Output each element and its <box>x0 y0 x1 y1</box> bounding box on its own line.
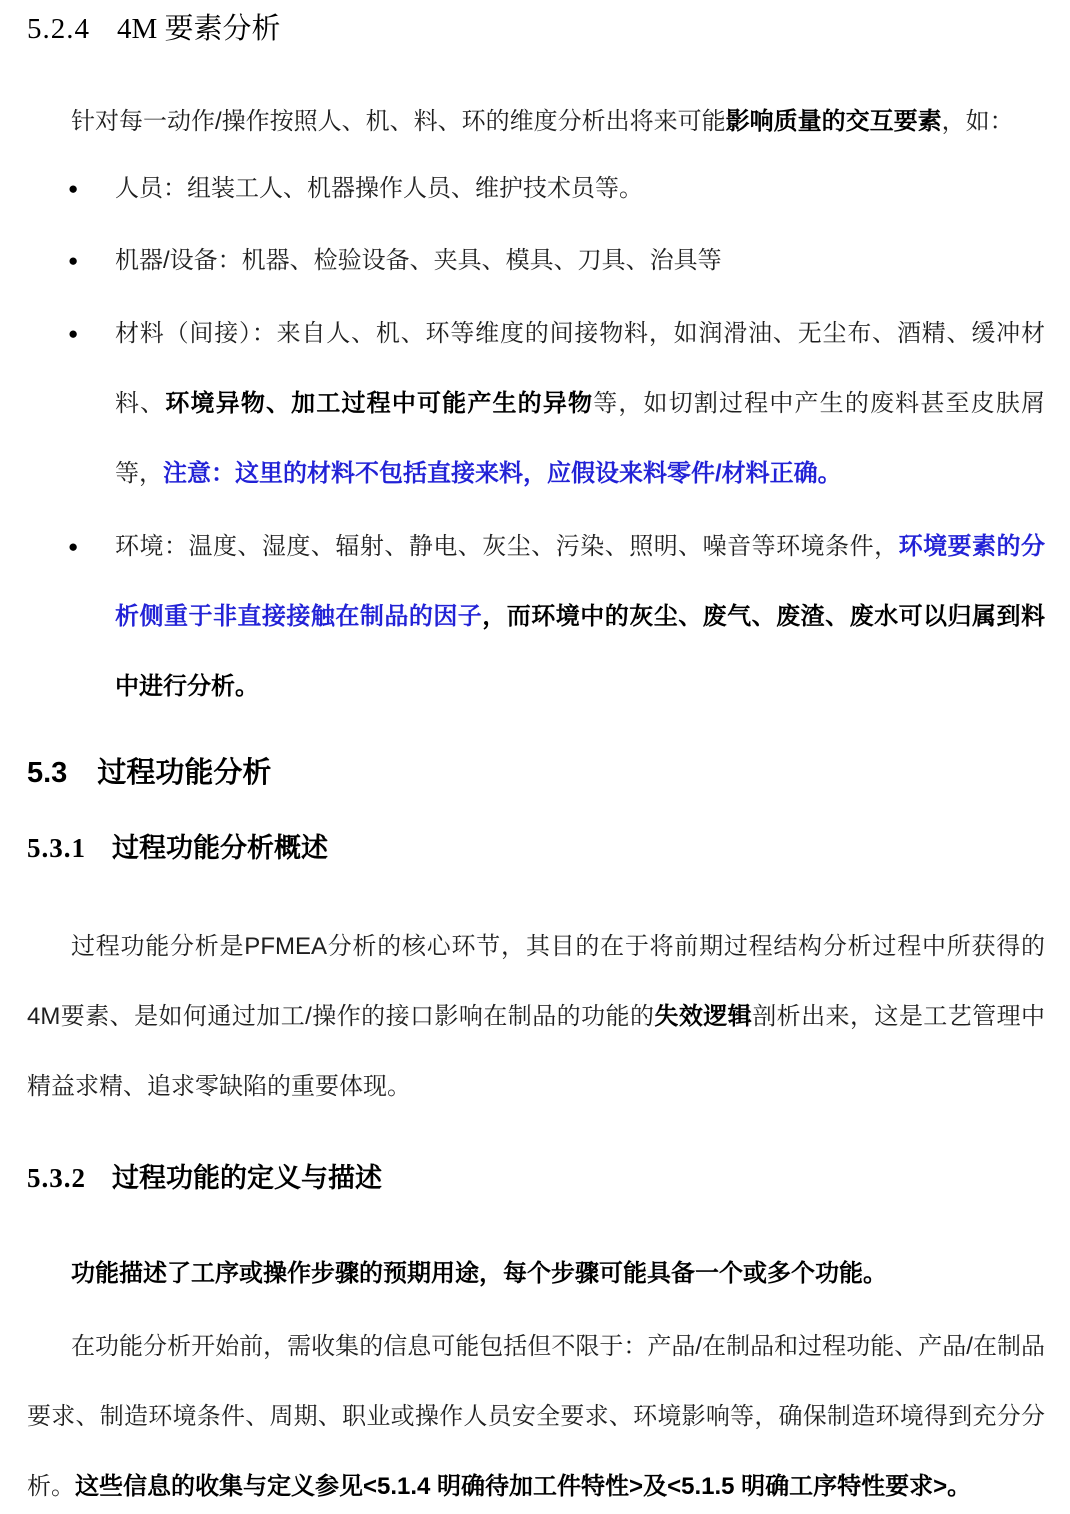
bullet-item-personnel-text: 人员：组装工人、机器操作人员、维护技术员等。 <box>115 175 643 202</box>
heading-5-3-1-title: 过程功能分析概述 <box>112 833 328 863</box>
heading-5-3-number: 5.3 <box>27 757 67 789</box>
bullet-item-material: ● 材料（间接）：来自人、机、环等维度的间接物料，如润滑油、无尘布、酒精、缓冲材… <box>27 299 1045 509</box>
bullet-marker-icon: ● <box>68 154 78 224</box>
document-page: 5.2.44M 要素分析 针对每一动作/操作按照人、机、料、环的维度分析出将来可… <box>0 0 1070 1514</box>
heading-5-2-4-number: 5.2.4 <box>27 13 90 45</box>
paragraph-5-3-2-lead-text: 功能描述了工序或操作步骤的预期用途，每个步骤可能具备一个或多个功能。 <box>71 1260 887 1287</box>
bullet-item-material-bold-text: 环境异物、加工过程中可能产生的异物 <box>165 390 593 417</box>
paragraph-5-3-2-lead: 功能描述了工序或操作步骤的预期用途，每个步骤可能具备一个或多个功能。 <box>27 1239 1045 1309</box>
bullet-marker-icon: ● <box>68 299 78 369</box>
bullet-marker-icon: ● <box>68 226 78 296</box>
intro-bold-text: 影响质量的交互要素 <box>726 108 942 135</box>
bullet-item-environment-text: 环境：温度、湿度、辐射、静电、灰尘、污染、照明、噪音等环境条件， <box>115 533 899 560</box>
paragraph-5-3-2-body: 在功能分析开始前，需收集的信息可能包括但不限于：产品/在制品和过程功能、产品/在… <box>27 1312 1045 1514</box>
heading-5-3-2-title: 过程功能的定义与描述 <box>112 1163 382 1193</box>
bullet-item-environment: ● 环境：温度、湿度、辐射、静电、灰尘、污染、照明、噪音等环境条件，环境要素的分… <box>27 512 1045 722</box>
paragraph-5-3-2-body-bold-text: 这些信息的收集与定义参见<5.1.4 明确待加工件特性>及<5.1.5 明确工序… <box>75 1473 971 1500</box>
heading-5-3: 5.3过程功能分析 <box>27 750 271 791</box>
intro-tail-text: ，如： <box>942 108 1014 135</box>
bullet-item-personnel: ● 人员：组装工人、机器操作人员、维护技术员等。 <box>27 154 1045 224</box>
heading-5-3-2-number: 5.3.2 <box>27 1163 86 1193</box>
intro-paragraph: 针对每一动作/操作按照人、机、料、环的维度分析出将来可能影响质量的交互要素，如： <box>27 87 1045 157</box>
heading-5-3-title: 过程功能分析 <box>97 757 271 789</box>
paragraph-5-3-1: 过程功能分析是PFMEA分析的核心环节，其目的在于将前期过程结构分析过程中所获得… <box>27 912 1045 1122</box>
heading-5-3-2: 5.3.2过程功能的定义与描述 <box>27 1156 382 1195</box>
paragraph-5-3-1-bold-text: 失效逻辑 <box>654 1003 752 1030</box>
bullet-marker-icon: ● <box>68 512 78 582</box>
heading-5-2-4-title: 4M 要素分析 <box>117 13 281 45</box>
bullet-item-machine-text: 机器/设备：机器、检验设备、夹具、模具、刀具、治具等 <box>115 247 722 274</box>
intro-text: 针对每一动作/操作按照人、机、料、环的维度分析出将来可能 <box>71 108 726 135</box>
heading-5-3-1-number: 5.3.1 <box>27 833 86 863</box>
heading-5-2-4: 5.2.44M 要素分析 <box>27 6 281 47</box>
bullet-item-machine: ● 机器/设备：机器、检验设备、夹具、模具、刀具、治具等 <box>27 226 1045 296</box>
bullet-item-material-note-text: 注意：这里的材料不包括直接来料，应假设来料零件/材料正确。 <box>163 460 842 487</box>
heading-5-3-1: 5.3.1过程功能分析概述 <box>27 826 328 865</box>
